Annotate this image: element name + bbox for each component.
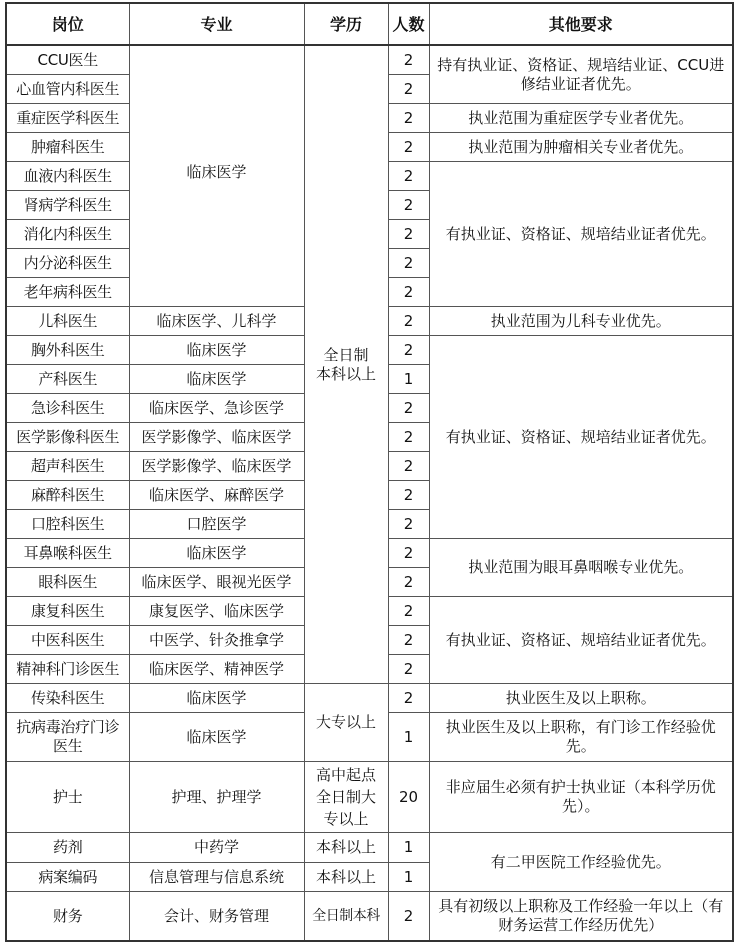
cell-count: 2	[388, 133, 429, 162]
cell-remark: 执业范围为重症医学专业者优先。	[429, 104, 733, 133]
cell-position: 护士	[6, 762, 129, 833]
cell-position: 口腔科医生	[6, 510, 129, 539]
header-count: 人数	[388, 3, 429, 45]
cell-major: 会计、财务管理	[129, 892, 304, 942]
cell-remark: 执业医生及以上职称。	[429, 684, 733, 713]
cell-count: 2	[388, 481, 429, 510]
cell-position: 产科医生	[6, 365, 129, 394]
cell-position: 医学影像科医生	[6, 423, 129, 452]
cell-count: 2	[388, 104, 429, 133]
cell-remark: 执业范围为儿科专业优先。	[429, 307, 733, 336]
recruitment-table: 岗位 专业 学历 人数 其他要求 CCU医生 临床医学 全日制 本科以上 2 持…	[5, 2, 734, 942]
cell-position: 儿科医生	[6, 307, 129, 336]
cell-position: 麻醉科医生	[6, 481, 129, 510]
cell-position: 血液内科医生	[6, 162, 129, 191]
cell-position: 传染科医生	[6, 684, 129, 713]
cell-position: 抗病毒治疗门诊医生	[6, 713, 129, 762]
cell-education: 高中起点 全日制大 专以上	[304, 762, 388, 833]
cell-major: 临床医学	[129, 45, 304, 307]
cell-major: 医学影像学、临床医学	[129, 423, 304, 452]
cell-count: 2	[388, 510, 429, 539]
education-line: 高中起点	[307, 764, 386, 786]
header-education: 学历	[304, 3, 388, 45]
cell-count: 2	[388, 892, 429, 942]
cell-count: 2	[388, 307, 429, 336]
cell-count: 2	[388, 278, 429, 307]
cell-education: 全日制本科	[304, 892, 388, 942]
cell-remark: 执业医生及以上职称，有门诊工作经验优先。	[429, 713, 733, 762]
cell-remark: 持有执业证、资格证、规培结业证、CCU进修结业证者优先。	[429, 45, 733, 104]
cell-major: 中药学	[129, 833, 304, 863]
cell-position: 重症医学科医生	[6, 104, 129, 133]
cell-major: 临床医学	[129, 713, 304, 762]
cell-position: 眼科医生	[6, 568, 129, 597]
cell-major: 临床医学、儿科学	[129, 307, 304, 336]
cell-major: 临床医学、急诊医学	[129, 394, 304, 423]
cell-count: 2	[388, 75, 429, 104]
cell-count: 2	[388, 423, 429, 452]
cell-remark: 具有初级以上职称及工作经验一年以上（有财务运营工作经历优先）	[429, 892, 733, 942]
education-line: 专以上	[307, 808, 386, 830]
cell-position: 心血管内科医生	[6, 75, 129, 104]
cell-major: 临床医学、麻醉医学	[129, 481, 304, 510]
cell-count: 2	[388, 220, 429, 249]
cell-count: 1	[388, 365, 429, 394]
cell-count: 2	[388, 452, 429, 481]
cell-position: 肿瘤科医生	[6, 133, 129, 162]
cell-count: 2	[388, 684, 429, 713]
cell-count: 1	[388, 713, 429, 762]
cell-major-text: 临床医学	[186, 163, 246, 181]
header-remark: 其他要求	[429, 3, 733, 45]
cell-education: 全日制 本科以上	[304, 45, 388, 684]
cell-count: 2	[388, 568, 429, 597]
cell-education: 本科以上	[304, 833, 388, 863]
cell-position: 康复科医生	[6, 597, 129, 626]
cell-position: 消化内科医生	[6, 220, 129, 249]
cell-major: 临床医学	[129, 336, 304, 365]
header-major: 专业	[129, 3, 304, 45]
cell-position: 财务	[6, 892, 129, 942]
cell-position: 精神科门诊医生	[6, 655, 129, 684]
cell-remark: 有执业证、资格证、规培结业证者优先。	[429, 597, 733, 684]
table-row: 财务 会计、财务管理 全日制本科 2 具有初级以上职称及工作经验一年以上（有财务…	[6, 892, 733, 942]
cell-count: 2	[388, 394, 429, 423]
cell-position: CCU医生	[6, 45, 129, 75]
cell-position: 胸外科医生	[6, 336, 129, 365]
cell-position: 耳鼻喉科医生	[6, 539, 129, 568]
cell-remark: 非应届生必须有护士执业证（本科学历优先）。	[429, 762, 733, 833]
cell-count: 2	[388, 336, 429, 365]
cell-major: 康复医学、临床医学	[129, 597, 304, 626]
header-position: 岗位	[6, 3, 129, 45]
cell-position: 急诊科医生	[6, 394, 129, 423]
cell-position: 病案编码	[6, 863, 129, 892]
cell-count: 2	[388, 249, 429, 278]
cell-major: 临床医学	[129, 365, 304, 394]
cell-position: 老年病科医生	[6, 278, 129, 307]
cell-major: 口腔医学	[129, 510, 304, 539]
cell-count: 1	[388, 863, 429, 892]
cell-count: 2	[388, 162, 429, 191]
cell-position: 肾病学科医生	[6, 191, 129, 220]
table-row: 护士 护理、护理学 高中起点 全日制大 专以上 20 非应届生必须有护士执业证（…	[6, 762, 733, 833]
cell-position: 超声科医生	[6, 452, 129, 481]
cell-count: 2	[388, 655, 429, 684]
table-row: 传染科医生 临床医学 大专以上 2 执业医生及以上职称。	[6, 684, 733, 713]
table-header-row: 岗位 专业 学历 人数 其他要求	[6, 3, 733, 45]
cell-position: 内分泌科医生	[6, 249, 129, 278]
cell-major: 医学影像学、临床医学	[129, 452, 304, 481]
cell-count: 1	[388, 833, 429, 863]
cell-major: 中医学、针灸推拿学	[129, 626, 304, 655]
cell-major: 临床医学、眼视光医学	[129, 568, 304, 597]
cell-education: 大专以上	[304, 684, 388, 762]
cell-major: 临床医学、精神医学	[129, 655, 304, 684]
cell-count: 2	[388, 539, 429, 568]
cell-count: 2	[388, 45, 429, 75]
cell-major: 临床医学	[129, 539, 304, 568]
education-line: 本科以上	[307, 365, 386, 384]
cell-remark: 执业范围为眼耳鼻咽喉专业优先。	[429, 539, 733, 597]
education-line: 全日制	[307, 346, 386, 365]
cell-major: 临床医学	[129, 684, 304, 713]
cell-count: 2	[388, 191, 429, 220]
table-row: CCU医生 临床医学 全日制 本科以上 2 持有执业证、资格证、规培结业证、CC…	[6, 45, 733, 75]
cell-major: 护理、护理学	[129, 762, 304, 833]
cell-count: 2	[388, 626, 429, 655]
cell-count: 2	[388, 597, 429, 626]
education-line: 全日制大	[307, 786, 386, 808]
recruitment-table-container: 岗位 专业 学历 人数 其他要求 CCU医生 临床医学 全日制 本科以上 2 持…	[5, 2, 734, 942]
cell-position: 药剂	[6, 833, 129, 863]
table-row: 药剂 中药学 本科以上 1 有二甲医院工作经验优先。	[6, 833, 733, 863]
cell-remark: 有执业证、资格证、规培结业证者优先。	[429, 336, 733, 539]
cell-education: 本科以上	[304, 863, 388, 892]
cell-major: 信息管理与信息系统	[129, 863, 304, 892]
cell-position: 中医科医生	[6, 626, 129, 655]
cell-count: 20	[388, 762, 429, 833]
cell-remark: 有执业证、资格证、规培结业证者优先。	[429, 162, 733, 307]
cell-remark: 有二甲医院工作经验优先。	[429, 833, 733, 892]
cell-remark: 执业范围为肿瘤相关专业者优先。	[429, 133, 733, 162]
